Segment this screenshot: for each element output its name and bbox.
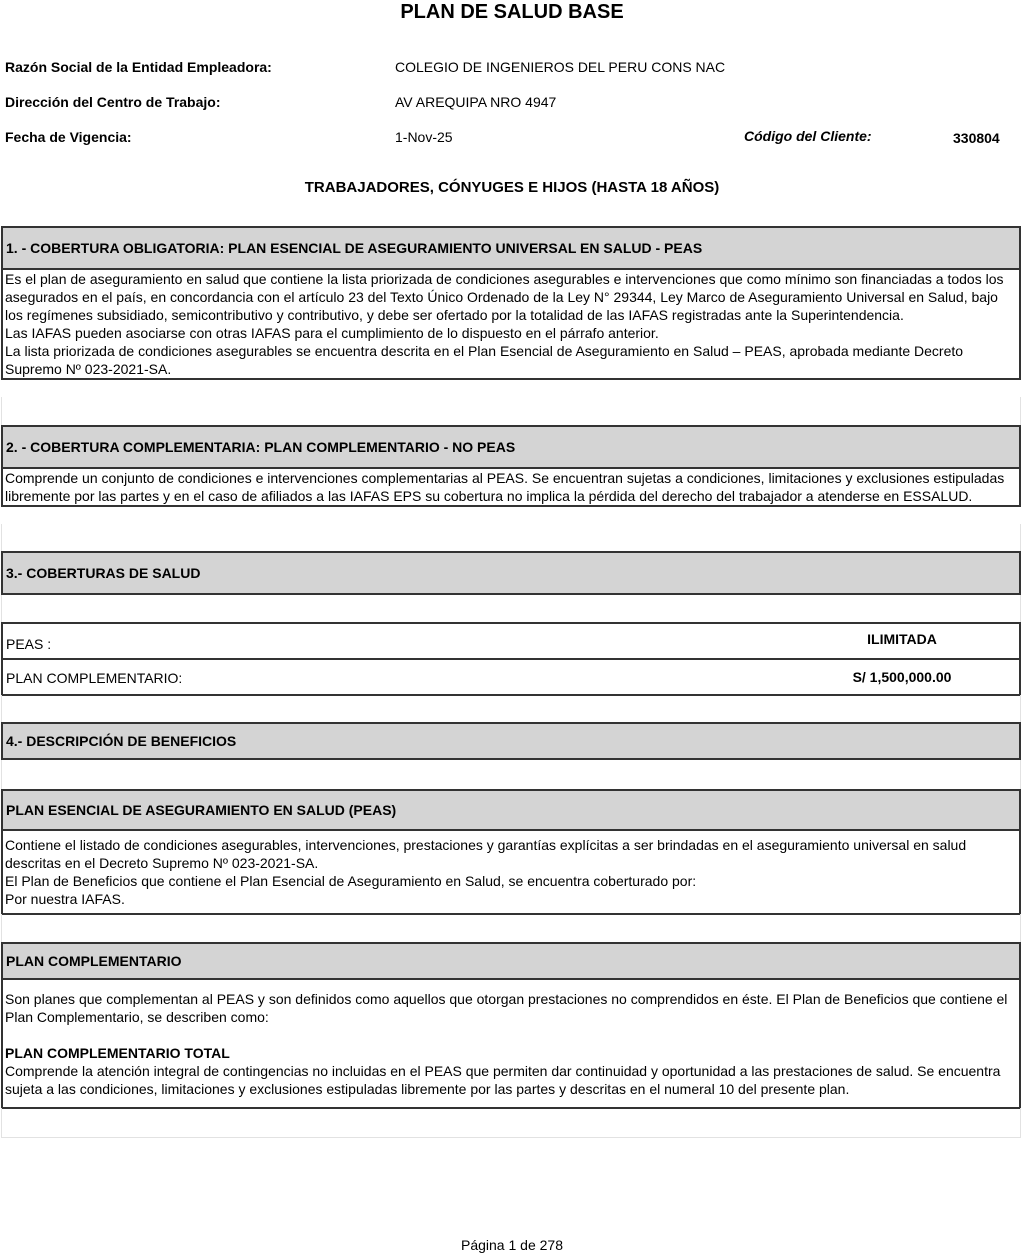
section-complementary-plan: PLAN COMPLEMENTARIO Son planes que compl… [1,942,1021,1109]
paragraph: Son planes que complementan al PEAS y so… [5,990,1017,1026]
coverage-row: PEAS : ILIMITADA [3,624,1019,658]
spacer-row [1,914,1021,944]
address-value: AV AREQUIPA NRO 4947 [395,94,556,110]
section-complementary-coverage: 2. - COBERTURA COMPLEMENTARIA: PLAN COMP… [1,425,1021,507]
section-header: 1. - COBERTURA OBLIGATORIA: PLAN ESENCIA… [3,228,1019,268]
spacer-row [1,595,1021,623]
paragraph: Por nuestra IAFAS. [5,890,1017,908]
effective-date-label: Fecha de Vigencia: [5,129,132,145]
spacer-row [1,524,1021,552]
paragraph: La lista priorizada de condiciones asegu… [5,342,1017,378]
section-mandatory-coverage: 1. - COBERTURA OBLIGATORIA: PLAN ESENCIA… [1,226,1021,380]
section-health-coverages: 3.- COBERTURAS DE SALUD [1,551,1021,595]
section-header: 4.- DESCRIPCIÓN DE BENEFICIOS [3,724,1019,758]
section-body: Comprende un conjunto de condiciones e i… [3,467,1019,505]
coverage-row: PLAN COMPLEMENTARIO: S/ 1,500,000.00 [3,658,1019,694]
coverage-label: PLAN COMPLEMENTARIO: [6,668,182,686]
section-body: Son planes que complementan al PEAS y so… [3,978,1019,1107]
section-header: PLAN COMPLEMENTARIO [3,944,1019,978]
coverage-table: PEAS : ILIMITADA PLAN COMPLEMENTARIO: S/… [1,622,1021,696]
spacer-row [1,760,1021,790]
paragraph: Es el plan de aseguramiento en salud que… [5,270,1017,324]
paragraph: Las IAFAS pueden asociarse con otras IAF… [5,324,1017,342]
paragraph: Comprende la atención integral de contin… [5,1062,1017,1098]
section-peas: PLAN ESENCIAL DE ASEGURAMIENTO EN SALUD … [1,789,1021,915]
section-body: Es el plan de aseguramiento en salud que… [3,268,1019,378]
section-benefits-description: 4.- DESCRIPCIÓN DE BENEFICIOS [1,722,1021,760]
address-label: Dirección del Centro de Trabajo: [5,94,221,110]
coverage-label: PEAS : [6,630,51,652]
spacer-row [1,695,1021,723]
effective-date-value: 1-Nov-25 [395,129,453,145]
section-header: PLAN ESENCIAL DE ASEGURAMIENTO EN SALUD … [3,791,1019,829]
paragraph: Comprende un conjunto de condiciones e i… [5,469,1017,505]
client-code-value: 330804 [953,130,1000,146]
page-number: Página 1 de 278 [0,1237,1024,1253]
section-header: 2. - COBERTURA COMPLEMENTARIA: PLAN COMP… [3,427,1019,467]
section-body: Contiene el listado de condiciones asegu… [3,829,1019,913]
coverage-value: ILIMITADA [827,631,977,651]
coverage-value: S/ 1,500,000.00 [827,669,977,685]
paragraph: El Plan de Beneficios que contiene el Pl… [5,872,1017,890]
document-title: PLAN DE SALUD BASE [0,1,1024,24]
coverage-subtitle: TRABAJADORES, CÓNYUGES E HIJOS (HASTA 18… [0,179,1024,196]
employer-label: Razón Social de la Entidad Empleadora: [5,59,272,75]
spacer-row [1,397,1021,425]
section-header: 3.- COBERTURAS DE SALUD [3,553,1019,593]
paragraph: Contiene el listado de condiciones asegu… [5,836,1017,872]
client-code-label: Código del Cliente: [744,128,872,144]
spacer-row [1,1108,1021,1138]
employer-value: COLEGIO DE INGENIEROS DEL PERU CONS NAC [395,59,725,75]
subheading: PLAN COMPLEMENTARIO TOTAL [5,1044,1017,1062]
